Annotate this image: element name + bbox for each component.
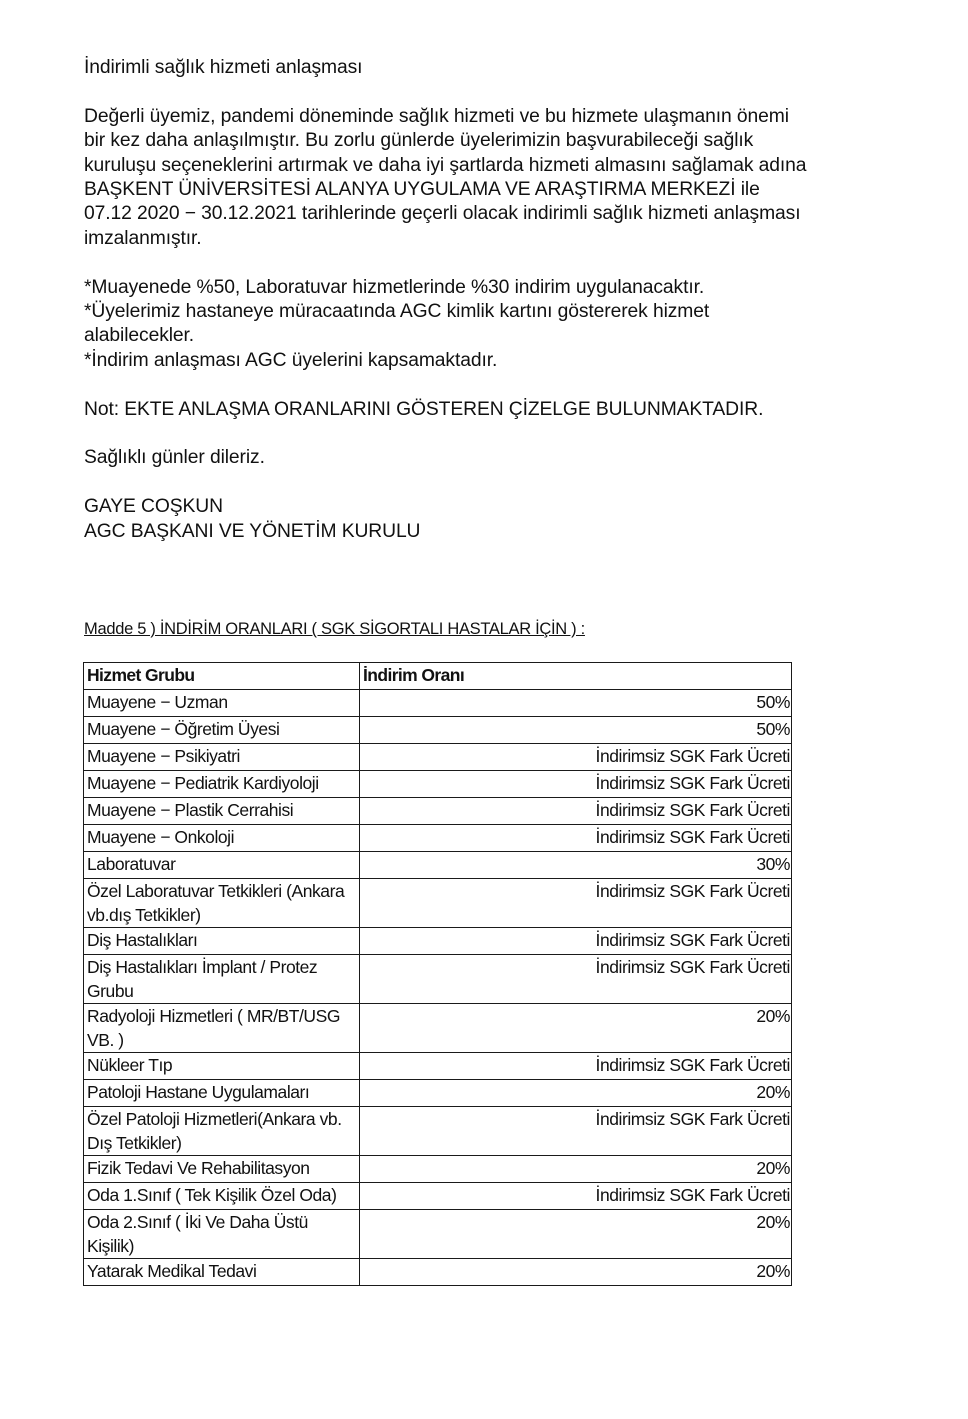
rate-cell: İndirimsiz SGK Fark Ücreti <box>360 1107 792 1156</box>
table-row: Diş Hastalıklarıİndirimsiz SGK Fark Ücre… <box>84 928 792 955</box>
column-header-service: Hizmet Grubu <box>84 663 360 690</box>
bullet-line: *Üyelerimiz hastaneye müracaatında AGC k… <box>84 300 904 324</box>
body-line: bir kez daha anlaşılmıştır. Bu zorlu gün… <box>84 129 904 153</box>
service-cell: Muayene − Onkoloji <box>84 825 360 852</box>
note-line: Not: EKTE ANLAŞMA ORANLARINI GÖSTEREN Çİ… <box>84 398 904 422</box>
body-line: kuruluşu seçeneklerini artırmak ve daha … <box>84 154 904 178</box>
table-row: Muayene − Onkolojiİndirimsiz SGK Fark Üc… <box>84 825 792 852</box>
letter-body: İndirimli sağlık hizmeti anlaşması Değer… <box>84 56 904 544</box>
body-line: 07.12 2020 − 30.12.2021 tarihlerinde geç… <box>84 202 904 226</box>
table-row: Özel Patoloji Hizmetleri(Ankara vb. Dış … <box>84 1107 792 1156</box>
table-row: Nükleer Tıpİndirimsiz SGK Fark Ücreti <box>84 1053 792 1080</box>
table-body: Muayene − Uzman50%Muayene − Öğretim Üyes… <box>84 690 792 1286</box>
service-cell: Özel Patoloji Hizmetleri(Ankara vb. Dış … <box>84 1107 360 1156</box>
section-title: Madde 5 ) İNDİRİM ORANLARI ( SGK SİGORTA… <box>84 619 585 639</box>
service-cell: Oda 2.Sınıf ( İki Ve Daha Üstü Kişilik) <box>84 1210 360 1259</box>
table-row: Muayene − Öğretim Üyesi50% <box>84 717 792 744</box>
rate-cell: İndirimsiz SGK Fark Ücreti <box>360 955 792 1004</box>
service-cell: Fizik Tedavi Ve Rehabilitasyon <box>84 1156 360 1183</box>
rate-cell: İndirimsiz SGK Fark Ücreti <box>360 825 792 852</box>
table-row: Radyoloji Hizmetleri ( MR/BT/USG VB. )20… <box>84 1004 792 1053</box>
table-row: Özel Laboratuvar Tetkikleri (Ankara vb.d… <box>84 879 792 928</box>
service-cell: Diş Hastalıkları İmplant / Protez Grubu <box>84 955 360 1004</box>
rate-cell: 20% <box>360 1080 792 1107</box>
bullet-line: *İndirim anlaşması AGC üyelerini kapsama… <box>84 349 904 373</box>
service-cell: Muayene − Pediatrik Kardiyoloji <box>84 771 360 798</box>
document-page: İndirimli sağlık hizmeti anlaşması Değer… <box>0 0 968 1419</box>
rate-cell: 50% <box>360 717 792 744</box>
service-cell: Muayene − Psikiyatri <box>84 744 360 771</box>
rate-cell: 30% <box>360 852 792 879</box>
body-line: imzalanmıştır. <box>84 227 904 251</box>
column-header-rate: İndirim Oranı <box>360 663 792 690</box>
service-cell: Diş Hastalıkları <box>84 928 360 955</box>
rate-cell: İndirimsiz SGK Fark Ücreti <box>360 1183 792 1210</box>
body-line: BAŞKENT ÜNİVERSİTESİ ALANYA UYGULAMA VE … <box>84 178 904 202</box>
table-row: Muayene − Plastik Cerrahisiİndirimsiz SG… <box>84 798 792 825</box>
rate-cell: İndirimsiz SGK Fark Ücreti <box>360 879 792 928</box>
table-row: Diş Hastalıkları İmplant / Protez Grubuİ… <box>84 955 792 1004</box>
signature-name: GAYE COŞKUN <box>84 495 904 519</box>
service-cell: Nükleer Tıp <box>84 1053 360 1080</box>
rate-cell: 20% <box>360 1259 792 1286</box>
rate-cell: 50% <box>360 690 792 717</box>
table-row: Muayene − Uzman50% <box>84 690 792 717</box>
service-cell: Patoloji Hastane Uygulamaları <box>84 1080 360 1107</box>
rate-cell: 20% <box>360 1156 792 1183</box>
table-row: Patoloji Hastane Uygulamaları20% <box>84 1080 792 1107</box>
table-row: Muayene − Pediatrik Kardiyolojiİndirimsi… <box>84 771 792 798</box>
service-cell: Muayene − Uzman <box>84 690 360 717</box>
service-cell: Muayene − Öğretim Üyesi <box>84 717 360 744</box>
body-line: Değerli üyemiz, pandemi döneminde sağlık… <box>84 105 904 129</box>
table-row: Muayene − Psikiyatriİndirimsiz SGK Fark … <box>84 744 792 771</box>
rate-cell: İndirimsiz SGK Fark Ücreti <box>360 798 792 825</box>
closing-line: Sağlıklı günler dileriz. <box>84 446 904 470</box>
signature-title: AGC BAŞKANI VE YÖNETİM KURULU <box>84 520 904 544</box>
table-row: Oda 2.Sınıf ( İki Ve Daha Üstü Kişilik)2… <box>84 1210 792 1259</box>
bullet-line: *Muayenede %50, Laboratuvar hizmetlerind… <box>84 276 904 300</box>
table-header-row: Hizmet Grubu İndirim Oranı <box>84 663 792 690</box>
rate-cell: İndirimsiz SGK Fark Ücreti <box>360 771 792 798</box>
service-cell: Oda 1.Sınıf ( Tek Kişilik Özel Oda) <box>84 1183 360 1210</box>
table-row: Fizik Tedavi Ve Rehabilitasyon20% <box>84 1156 792 1183</box>
letter-title: İndirimli sağlık hizmeti anlaşması <box>84 56 904 80</box>
discount-rates-table: Hizmet Grubu İndirim Oranı Muayene − Uzm… <box>83 662 792 1286</box>
table-row: Oda 1.Sınıf ( Tek Kişilik Özel Oda)İndir… <box>84 1183 792 1210</box>
rate-cell: 20% <box>360 1004 792 1053</box>
service-cell: Radyoloji Hizmetleri ( MR/BT/USG VB. ) <box>84 1004 360 1053</box>
rate-cell: İndirimsiz SGK Fark Ücreti <box>360 744 792 771</box>
bullet-line: alabilecekler. <box>84 324 904 348</box>
service-cell: Laboratuvar <box>84 852 360 879</box>
service-cell: Yatarak Medikal Tedavi <box>84 1259 360 1286</box>
service-cell: Muayene − Plastik Cerrahisi <box>84 798 360 825</box>
rate-cell: İndirimsiz SGK Fark Ücreti <box>360 1053 792 1080</box>
table-row: Yatarak Medikal Tedavi20% <box>84 1259 792 1286</box>
rate-cell: 20% <box>360 1210 792 1259</box>
rate-cell: İndirimsiz SGK Fark Ücreti <box>360 928 792 955</box>
table-row: Laboratuvar30% <box>84 852 792 879</box>
service-cell: Özel Laboratuvar Tetkikleri (Ankara vb.d… <box>84 879 360 928</box>
